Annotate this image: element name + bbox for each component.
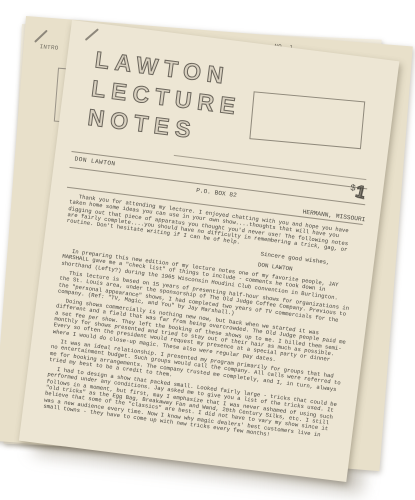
pencil-check-mark xyxy=(34,30,48,43)
back-sheet-heading-fragment: INTRO xyxy=(39,43,58,51)
cover-sheet: LAWTON LECTURE NOTES DON LAWTON $1 P.O. … xyxy=(19,20,400,482)
price-label: $1 xyxy=(349,181,366,203)
typewritten-body: Thank you for attending my lecture. I en… xyxy=(43,193,362,449)
hand-drawn-stamp-box xyxy=(249,91,365,149)
pencil-check-mark xyxy=(85,28,99,41)
photo-of-lecture-notes: INTRO NO. 1 LAWTON LECTURE NOTES DON LAW… xyxy=(0,0,415,500)
page-title: LAWTON LECTURE NOTES xyxy=(86,45,246,150)
masthead-author: DON LAWTON xyxy=(74,155,116,167)
